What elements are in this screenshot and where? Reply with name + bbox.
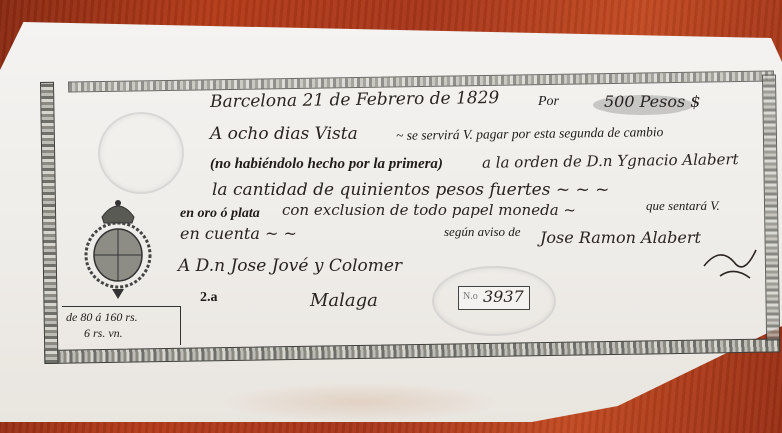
line-1-term: A ocho dias Vista — [210, 124, 358, 144]
amount-value: 500 Pesos $ — [604, 92, 700, 111]
line-2-printed: (no habiéndolo hecho por la primera) — [210, 156, 443, 173]
royal-coat-of-arms-icon — [82, 195, 154, 305]
serial-number: 3937 — [483, 287, 524, 306]
copy-number: 2.a — [200, 290, 218, 306]
day: 21 — [302, 90, 324, 110]
stamp-rate-line-1: de 80 á 160 rs. — [66, 310, 138, 325]
addressee: A D.n Jose Jové y Colomer — [178, 256, 402, 276]
serial-number-box: N.o 3937 — [458, 286, 530, 310]
amount-label: Por — [538, 94, 559, 110]
line-4-printed: en oro ó plata — [180, 206, 260, 222]
destination-city: Malaga — [310, 290, 378, 311]
de-text: de — [329, 90, 350, 110]
stamp-rate-line-2: 6 rs. vn. — [84, 326, 123, 341]
city: Barcelona — [210, 91, 297, 112]
drawer-signature: Jose Ramon Alabert — [540, 228, 701, 247]
place-date: Barcelona 21 de Febrero de 1829 — [210, 88, 500, 112]
line-5-suffix: según aviso de — [444, 224, 521, 240]
stamp-rate-box: de 80 á 160 rs. 6 rs. vn. — [62, 306, 181, 345]
signature-flourish-icon — [700, 236, 760, 284]
serial-prefix: N.o — [463, 291, 478, 302]
month: Febrero — [356, 89, 425, 110]
paper-stain — [220, 382, 500, 422]
line-2-order: a la orden de D.n Ygnacio Alabert — [482, 150, 739, 172]
line-5-account: en cuenta ~ ~ — [180, 224, 297, 243]
line-4-exclusion: con exclusion de todo papel moneda ~ — [282, 201, 576, 219]
line-3-amount-words: la cantidad de quinientos pesos fuertes … — [212, 180, 609, 200]
line-4-suffix: que sentará V. — [646, 198, 720, 214]
year-end: 9 — [488, 88, 499, 108]
year-prefix: de 182 — [430, 88, 489, 109]
embossed-seal-icon — [98, 112, 184, 194]
